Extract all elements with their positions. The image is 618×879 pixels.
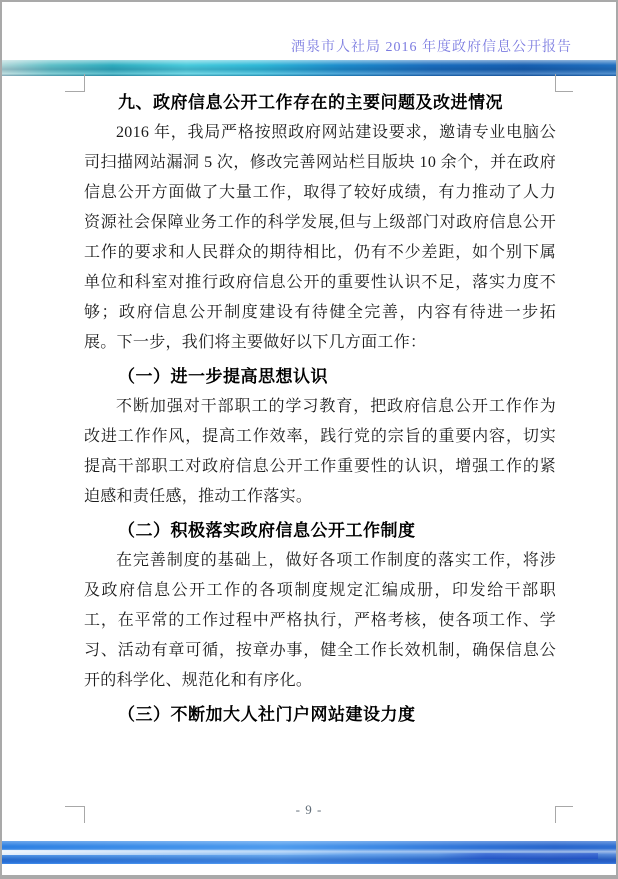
subsection-3-heading: （三）不断加大人社门户网站建设力度 <box>84 700 556 730</box>
crop-mark-top-right <box>555 74 573 92</box>
top-banner-image <box>2 60 616 76</box>
subsection-1-paragraph: 不断加强对干部职工的学习教育，把政府信息公开工作作为改进工作作风，提高工作效率，… <box>84 392 556 512</box>
bottom-banner-image <box>2 841 616 864</box>
document-page: 酒泉市人社局 2016 年度政府信息公开报告 九、政府信息公开工作存在的主要问题… <box>0 0 618 879</box>
subsection-2-heading: （二）积极落实政府信息公开工作制度 <box>84 516 556 546</box>
section-heading: 九、政府信息公开工作存在的主要问题及改进情况 <box>84 88 556 118</box>
document-header-title: 酒泉市人社局 2016 年度政府信息公开报告 <box>291 36 572 56</box>
paragraph-intro: 2016 年，我局严格按照政府网站建设要求，邀请专业电脑公司扫描网站漏洞 5 次… <box>84 118 556 358</box>
subsection-1-heading: （一）进一步提高思想认识 <box>84 362 556 392</box>
document-body: 九、政府信息公开工作存在的主要问题及改进情况 2016 年，我局严格按照政府网站… <box>84 88 556 730</box>
crop-mark-top-left <box>65 74 85 92</box>
subsection-2-paragraph: 在完善制度的基础上，做好各项工作制度的落实工作，将涉及政府信息公开工作的各项制度… <box>84 546 556 696</box>
page-number: - 9 - <box>2 802 616 818</box>
